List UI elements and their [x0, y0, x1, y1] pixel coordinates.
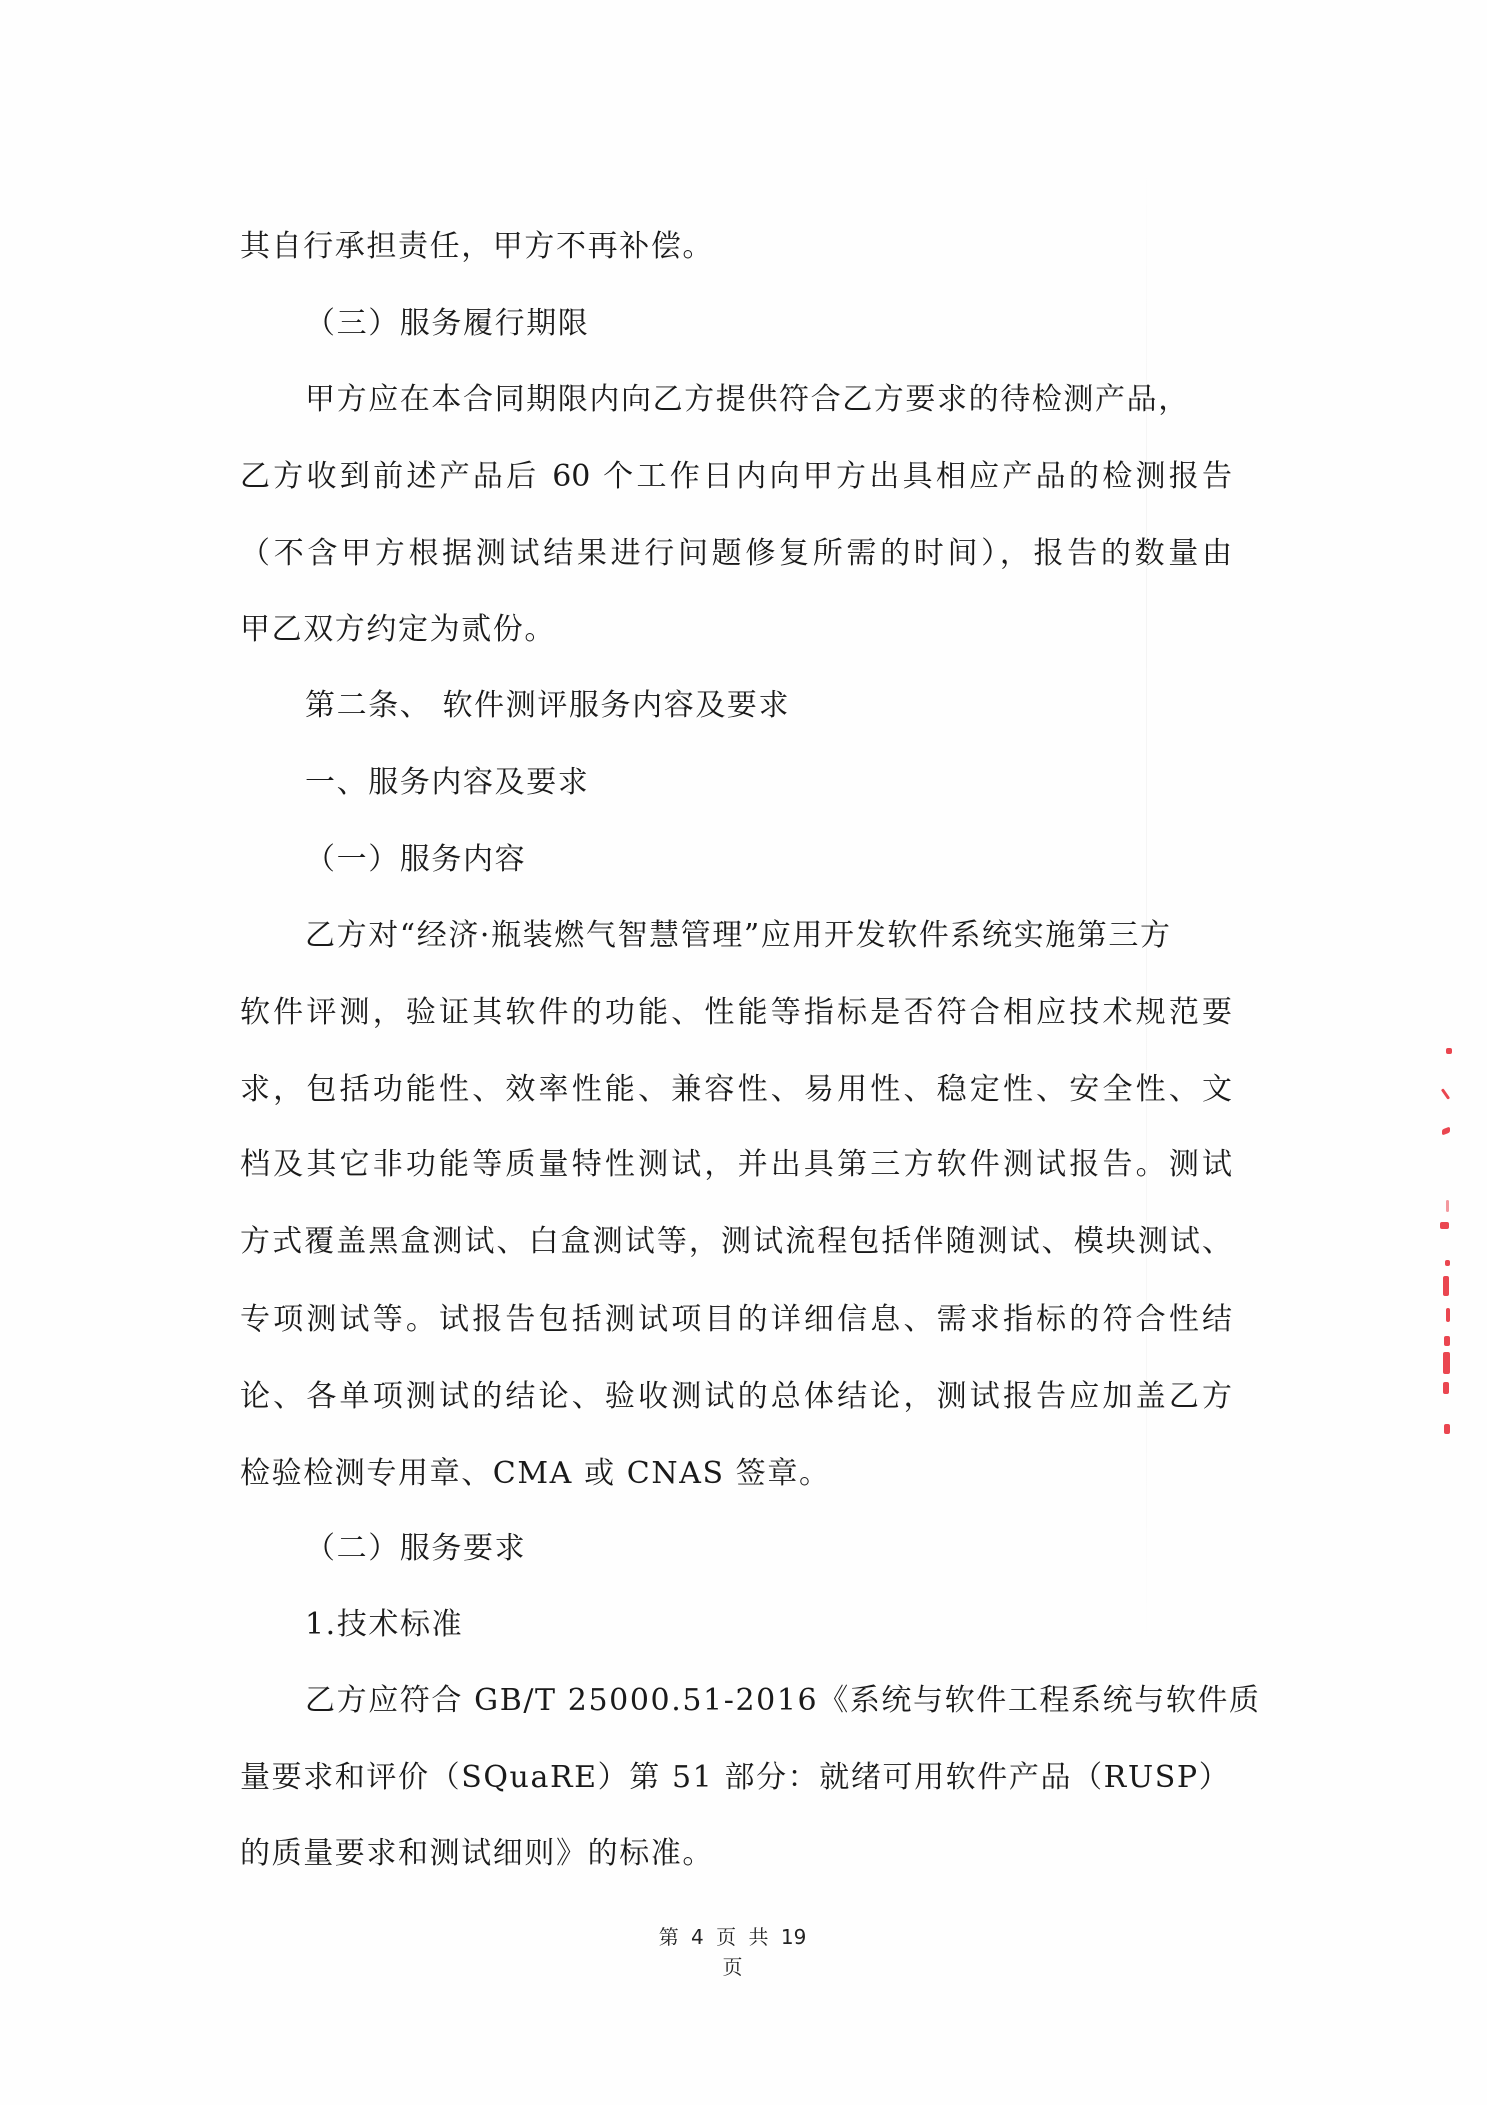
document-page: 其自行承担责任，甲方不再补偿。 （三）服务履行期限 甲方应在本合同期限内向乙方提…	[0, 0, 1487, 2105]
paragraph-line: 专项测试等。试报告包括测试项目的详细信息、需求指标的符合性结	[240, 1300, 1232, 1340]
section-heading: （三）服务履行期限	[305, 304, 589, 344]
paragraph-line: 检验检测专用章、CMA 或 CNAS 签章。	[240, 1454, 831, 1494]
paragraph-line: 软件评测，验证其软件的功能、性能等指标是否符合相应技术规范要	[240, 993, 1232, 1033]
paragraph-line: 的质量要求和测试细则》的标准。	[240, 1834, 714, 1874]
paragraph-line: 方式覆盖黑盒测试、白盒测试等，测试流程包括伴随测试、模块测试、	[240, 1222, 1232, 1262]
paragraph-line: 乙方对“经济·瓶装燃气智慧管理”应用开发软件系统实施第三方	[305, 916, 1172, 956]
page-number-footer: 第 4 页 共 19 页	[645, 1922, 820, 1982]
paragraph-line: 求，包括功能性、效率性能、兼容性、易用性、稳定性、安全性、文	[240, 1070, 1232, 1110]
paragraph-line: 甲方应在本合同期限内向乙方提供符合乙方要求的待检测产品，	[305, 380, 1190, 420]
section-heading: 一、服务内容及要求	[305, 763, 589, 803]
item-heading: 1.技术标准	[305, 1605, 463, 1645]
partial-seal-stamp-icon	[1438, 1040, 1468, 1440]
paragraph-line: 甲乙双方约定为贰份。	[240, 610, 556, 650]
paragraph-line: 乙方应符合 GB/T 25000.51-2016《系统与软件工程系统与软件质	[305, 1681, 1261, 1721]
article-heading: 第二条、 软件测评服务内容及要求	[305, 686, 790, 726]
paragraph-line: 档及其它非功能等质量特性测试，并出具第三方软件测试报告。测试	[240, 1145, 1232, 1185]
paragraph-line: 乙方收到前述产品后 60 个工作日内向甲方出具相应产品的检测报告	[240, 457, 1232, 497]
paragraph-line: 其自行承担责任，甲方不再补偿。	[240, 227, 714, 267]
paragraph-line: 论、各单项测试的结论、验收测试的总体结论，测试报告应加盖乙方	[240, 1377, 1232, 1417]
paragraph-line: （不含甲方根据测试结果进行问题修复所需的时间），报告的数量由	[240, 534, 1232, 574]
subsection-heading: （一）服务内容	[305, 840, 526, 880]
paragraph-line: 量要求和评价（SQuaRE）第 51 部分：就绪可用软件产品（RUSP）	[240, 1758, 1230, 1798]
subsection-heading: （二）服务要求	[305, 1529, 526, 1569]
